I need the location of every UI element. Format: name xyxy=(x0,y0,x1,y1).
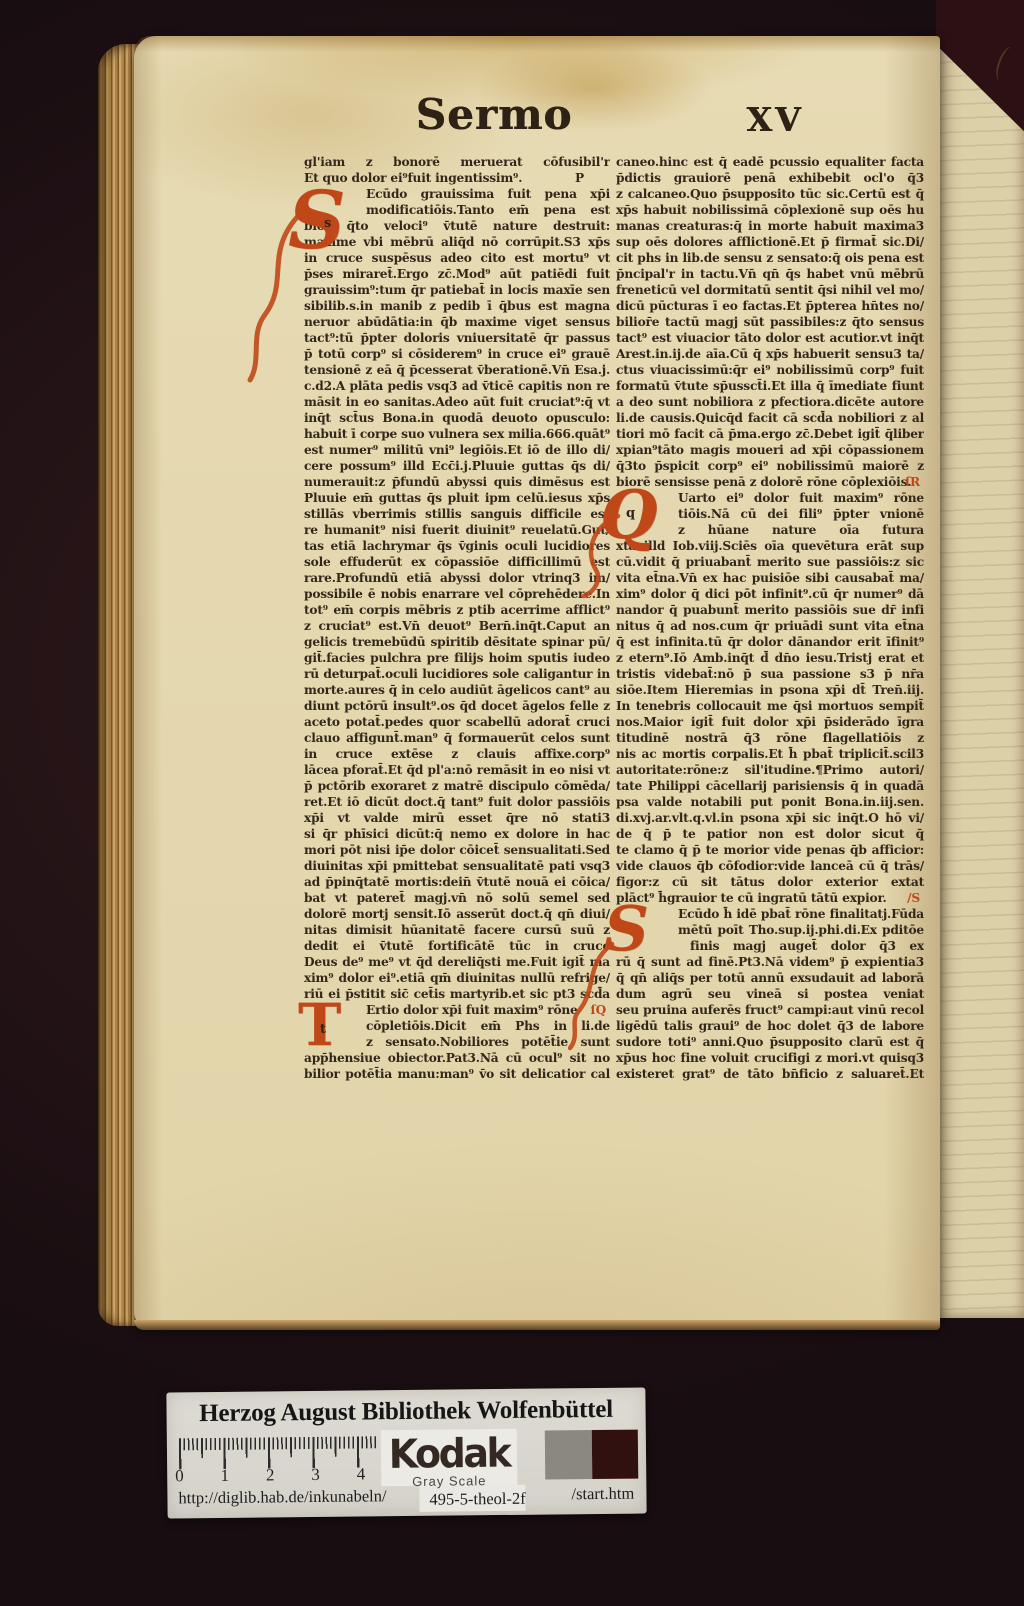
text-line: morte.aures q̄ in celo audiūt āgelicos c… xyxy=(304,682,610,698)
text-line: grauissim⁹:tum q̄r patiebat̄ in locis ma… xyxy=(304,282,610,298)
text-line: Deus de⁹ me⁹ vt q̄d dereliq̄sti me.Fuit … xyxy=(304,954,610,970)
text-line: In tenebris collocauit me q̄si mortuos s… xyxy=(616,698,924,714)
text-line: existeret grat⁹ de tāto bn̄ficio z salua… xyxy=(616,1066,924,1082)
library-name: Herzog August Bibliothek Wolfenbüttel xyxy=(166,1395,645,1428)
text-line: Ertio dolor xp̄i fuit maxim⁹ rōneſQ xyxy=(304,1002,610,1018)
text-line: seu pruina auferēs fruct⁹ campi:aut vinū… xyxy=(616,1002,924,1018)
text-column-left: gl'iam z bonorē meruerat cōfusibil'r per… xyxy=(304,154,610,1084)
text-line: vide clauos q̄b cōfodior:vide lanceā cū … xyxy=(616,858,924,874)
ruler-number: 2 xyxy=(266,1465,275,1485)
text-line: xim⁹ dolor ei⁹.etiā qm̄ diuinitas nullū … xyxy=(304,970,610,986)
text-line: p̄ pctōrib exoraret z matrē discipulo cō… xyxy=(304,778,610,794)
guide-letter: P xyxy=(575,170,584,186)
text-line: freneticū vel dormitatū sentit q̄si nihi… xyxy=(616,282,924,298)
label-start-path: /start.htm xyxy=(571,1484,634,1505)
text-line: possibile ē nobis enarrare vel cōprehēde… xyxy=(304,586,610,602)
text-line: z cruciat⁹ est.Vn̄ deuot⁹ Bern̄.inq̄t.Ca… xyxy=(304,618,610,634)
text-line: neruor abūdātia:in q̄b maxime viget sens… xyxy=(304,314,610,330)
text-line: plāct⁹ h̄grauior te cū ingratū tātū expi… xyxy=(616,890,924,906)
text-line: cere possum⁹ illd Ecc̄i.j.Pluuie guttas … xyxy=(304,458,610,474)
photograph: Sermo XV gl'iam z bonorē meruerat cōfusi… xyxy=(0,0,1024,1606)
text-line: sup oēs dolores afflictionē.Et p̄ firmat… xyxy=(616,234,924,250)
text-line: z sensato.Nobiliores potēt̄ie sunt magj xyxy=(304,1034,610,1050)
text-line: dolorē mortj sensit.Iō asserūt doct.q̄ q… xyxy=(304,906,610,922)
text-line: sibilib.s.in manib z pedib ī q̄bus est m… xyxy=(304,298,610,314)
text-line: q̄3to p̄spicit corp⁹ ei⁹ nobilissimū mai… xyxy=(616,458,924,474)
text-line: re humanit⁹ nisi fuerit diuinit⁹ reuelat… xyxy=(304,522,610,538)
text-line: rū deturpat̄.oculi lucidiores sole calig… xyxy=(304,666,610,682)
text-line: manas creaturas:q̄ in morte habuit maxim… xyxy=(616,218,924,234)
guide-letter: t xyxy=(320,1022,326,1037)
text-line: bior q̄to veloci⁹ v̄tutē nature destruit… xyxy=(304,218,610,234)
text-line: sole effuderūt ex cōpassiōe difficillimū… xyxy=(304,554,610,570)
ruler-number: 3 xyxy=(311,1465,320,1485)
text-line: Ecūdo grauissima fuit pena xp̄i ratione xyxy=(304,186,610,202)
text-line: ligēdū talis graui⁹ de hoc dolet q̄3 de … xyxy=(616,1018,924,1034)
gray-patch xyxy=(545,1430,593,1479)
text-line: Et quo dolor ei⁹fuit ingentissim⁹.P xyxy=(304,170,610,186)
text-line: tiōis.Nā cū dei fili⁹ p̄pter vnionē diuī… xyxy=(616,506,924,522)
text-line: dedit ei v̄tutē fortificātē tūc in cruce… xyxy=(304,938,610,954)
text-line: tact⁹ est viuacior tāto dolor est acutio… xyxy=(616,330,924,346)
guide-letter: s xyxy=(324,216,331,231)
text-line: Ecūdo h̄ idē pbat̄ rōne finalitatj.Fūda xyxy=(616,906,924,922)
text-line: dicū pūcturas ī eo factas.Et p̄pterea hn… xyxy=(616,298,924,314)
text-line: nos.Maior igit̄ fuit dolor xp̄i p̄siderā… xyxy=(616,714,924,730)
text-line: mētū poīt Tho.sup.ij.phi.di.Ex pditōe xyxy=(616,922,924,938)
book-page: Sermo XV gl'iam z bonorē meruerat cōfusi… xyxy=(134,36,940,1328)
text-line: si q̄r phīsici dicūt:q̄ nemo ex dolore i… xyxy=(304,826,610,842)
text-line: cū.vidit q̄ priuabant̄ merito sue passiō… xyxy=(616,554,924,570)
text-column-right: caneo.hinc est q̄ eadē pcussio equaliter… xyxy=(616,154,924,1084)
rubric-guide-letter: /S xyxy=(907,890,920,906)
text-line: ad p̄pinq̄tatē mortis:dein̄ v̄tutē nouā … xyxy=(304,874,610,890)
text-line: caneo.hinc est q̄ eadē pcussio equaliter… xyxy=(616,154,924,170)
text-line: ret.Et iō dicūt doct.q̄ tant⁹ fuit dolor… xyxy=(304,794,610,810)
text-line: xta illd Iob.viij.Sciēs oīa quevētura er… xyxy=(616,538,924,554)
text-line: te clamo q̄ p̄ te morior vide penas q̄b … xyxy=(616,842,924,858)
text-line: riū ei p̄stitit sic̄ cet̄is martyrib.et … xyxy=(304,986,610,1002)
text-line: formatū v̄tute sp̄ussct̄i.Et illa q̄ īme… xyxy=(616,378,924,394)
text-line: habuit ī corpe suo vulnera sex milia.666… xyxy=(304,426,610,442)
text-line: tensionē z eā q̄ p̄cesserat v̄berationē.… xyxy=(304,362,610,378)
text-line: z hūane nature oīa futura p̄nosceret.iu/ xyxy=(616,522,924,538)
text-line: siōe.Item Hieremias in psona xp̄i dt̄ Tr… xyxy=(616,682,924,698)
text-line: xim⁹ dolor q̄ dici pōt infinit⁹.cū q̄r n… xyxy=(616,586,924,602)
text-line: stillās vberrimis stillis sanguis diffic… xyxy=(304,506,610,522)
text-line: gelicis tremebūdū spiritib dēsitate spin… xyxy=(304,634,610,650)
text-line: sudore toti⁹ anni.Quo p̄supposito clarū … xyxy=(616,1034,924,1050)
next-page-edge xyxy=(936,6,1024,1318)
text-line: bat vt pateret̄ magj.vn̄ nō solū semel s… xyxy=(304,890,610,906)
text-line: a deo sunt nobiliora z pfectiora.dicēte … xyxy=(616,394,924,410)
text-line: vita et̄na.Vn̄ ex hac puisiōe sibi causa… xyxy=(616,570,924,586)
text-line: bilior potēt̄ia manu:man⁹ v̄o sit delica… xyxy=(304,1066,610,1082)
text-line: tristis videbat̄:nō p̄ sua passione s3 p… xyxy=(616,666,924,682)
text-line: psa valde notabili put ponit Bona.in.iij… xyxy=(616,794,924,810)
text-line: in cruce extēse z clauis affixe.corp⁹ v̄… xyxy=(304,746,610,762)
text-line: tiori mō facit cā p̄ma.ergo zc̄.Debet ig… xyxy=(616,426,924,442)
text-line: c.d2.A plāta pedis vsq3 ad v̄ticē capiti… xyxy=(304,378,610,394)
text-line: titudinē nostrā q̄3 rōne flagellatiōis z… xyxy=(616,730,924,746)
text-line: tact⁹:tū p̄pter doloris vniuersitatē q̄r… xyxy=(304,330,610,346)
text-line: tas etiā lachrymar q̄s v̄ginis oculi luc… xyxy=(304,538,610,554)
text-line: maxime vbi mēbrū aliq̄d nō corrūpit.S3 x… xyxy=(304,234,610,250)
text-line: modificatiōis.Tanto em̄ pena est acer xyxy=(304,202,610,218)
kodak-logo: Kodak xyxy=(383,1430,515,1478)
text-line: di.xvj.ar.vlt.q.vl.in psona xp̄i sic inq… xyxy=(616,810,924,826)
text-line: Pluuie em̄ guttas q̄s pluit ipm celū.ies… xyxy=(304,490,610,506)
text-line: mori pōt nisi ip̄e dolor cōicet̄ sensual… xyxy=(304,842,610,858)
ruler-numbers: 01234 xyxy=(175,1464,365,1486)
text-line: xp̄s habuit nobilissimā cōplexionē sup o… xyxy=(616,202,924,218)
ruler-number: 1 xyxy=(221,1466,230,1486)
text-line: cit phs in lib.de sensu z sensato:q̄ ois… xyxy=(616,250,924,266)
ruler-number: 0 xyxy=(175,1466,184,1486)
text-line: nis ac mortis corpalis.Et h̄ pbat̄ tripl… xyxy=(616,746,924,762)
text-line: ctus viuacissimū:q̄r ei⁹ nobilissimū cor… xyxy=(616,362,924,378)
text-line: finis magj auget̄ dolor q̄3 ex pditiōe e… xyxy=(616,938,924,954)
text-line: gl'iam z bonorē meruerat cōfusibil'r per… xyxy=(304,154,610,170)
label-url: http://diglib.hab.de/inkunabeln/ xyxy=(178,1486,386,1508)
text-line: z calcaneo.Quo p̄supposito tūc sic.Certū… xyxy=(616,186,924,202)
text-line: p̄ncipal'r in tactu.Vn̄ qn̄ q̄s habet vn… xyxy=(616,266,924,282)
text-line: figor:z cū sit tātus dolor exterior exta… xyxy=(616,874,924,890)
text-line: de q̄ p̄ te patior non est dolor sicut q… xyxy=(616,826,924,842)
text-line: app̄hensiue obiector.Pat3.Nā cū ocul⁹ si… xyxy=(304,1050,610,1066)
text-line: cōpletiōis.Dicit em̄ Phs in li.de sensu xyxy=(304,1018,610,1034)
text-line: dum agrū seu vineā si postea veniat temp… xyxy=(616,986,924,1002)
rubric-flourish xyxy=(246,212,302,384)
text-line: numerauit:z p̄fundū abyssi quis dimēsus … xyxy=(304,474,610,490)
rubric-flourish xyxy=(580,510,624,602)
text-line: aceto potat̄.pedes quor scabellū adorat̄… xyxy=(304,714,610,730)
ruler-number: 4 xyxy=(357,1464,366,1484)
text-line: Uarto ei⁹ dolor fuit maxim⁹ rōne pua/ xyxy=(616,490,924,506)
text-line: diuinitas xp̄i pmittebat sensualitatē pa… xyxy=(304,858,610,874)
text-line: xp̄i vt valde mirū esset q̄re nō stati3 … xyxy=(304,810,610,826)
text-line: p̄ totū corp⁹ si cōsiderem⁹ in cruce ei⁹… xyxy=(304,346,610,362)
text-line: inq̄t sct̄us Bona.in quodā deuoto opuscu… xyxy=(304,410,610,426)
text-line: clauo affigunt̄.man⁹ q̄ formauerūt celos… xyxy=(304,730,610,746)
text-line: z etern⁹.Iō Amb.inq̄t d̄ dn̄o iesu.Trist… xyxy=(616,650,924,666)
text-line: in cruce suspēsus adeo cito est mortu⁹ v… xyxy=(304,250,610,266)
text-line: rū q̄ sunt ad finē.Pt3.Nā videm⁹ p̄ expi… xyxy=(616,954,924,970)
text-line: tot⁹ em̄ corpis mēbris z ptib acerrime a… xyxy=(304,602,610,618)
text-line: rare.Profundū etiā abyssi dolor vtrinq3 … xyxy=(304,570,610,586)
text-line: git̄.facies pulchra pre filijs hoim sput… xyxy=(304,650,610,666)
label-shelfmark: 495-5-theol-2f xyxy=(429,1489,525,1510)
guide-letter: q xyxy=(626,506,635,521)
black-patch xyxy=(592,1430,639,1479)
text-line: p̄dictis grauiorē penā exhibebit ocl'o q… xyxy=(616,170,924,186)
rubric-guide-letter: ſR xyxy=(905,474,920,490)
text-line: nitas dimisit hūanitatē facere cursū suū… xyxy=(304,922,610,938)
text-line: q̄ qn̄ aliq̄s per totū annū exsudauit ad… xyxy=(616,970,924,986)
text-line: māsit in eo sanitas.Adeo aūt fuit crucia… xyxy=(304,394,610,410)
text-line: Arest.in.ij.de aīa.Cū q̄ xp̄s habuerit s… xyxy=(616,346,924,362)
text-line: q̄ est infinita.tū q̄r dolor dānandor er… xyxy=(616,634,924,650)
text-line: lācea pforat̄.Et q̄d pl'a:nō remāsit in … xyxy=(304,762,610,778)
gray-scale-label: Gray Scale xyxy=(383,1473,515,1489)
library-label: Herzog August Bibliothek Wolfenbüttel 01… xyxy=(166,1387,646,1518)
text-line: bilior̄e tactū magj sūt passibiles:z q̄t… xyxy=(616,314,924,330)
text-line: xp̄us hoc fine voluit crucifigi z mori.v… xyxy=(616,1050,924,1066)
text-line: nandor q̄ puabunt̄ merito passiōis sue d… xyxy=(616,602,924,618)
text-line: autoritate:rōne:z sil'itudine.¶Primo aut… xyxy=(616,762,924,778)
text-line: diunt pctōrū insult⁹.os q̄d docet āgelos… xyxy=(304,698,610,714)
text-line: xpian⁹tāto magis moueri ad xp̄i cōpassio… xyxy=(616,442,924,458)
rubric-flourish xyxy=(568,940,618,1052)
text-line: nitus q̄ ad nos.cum q̄r priuādi sunt vit… xyxy=(616,618,924,634)
text-line: tate Philippi cācellarij parisiensis q̄ … xyxy=(616,778,924,794)
text-line: est numer⁹ militū vni⁹ legiōis.Et iō de … xyxy=(304,442,610,458)
text-line: p̄ses miraret̄.Ergo zc̄.Mod⁹ aūt patiēdi… xyxy=(304,266,610,282)
folio-number: XV xyxy=(730,100,820,139)
running-title: Sermo xyxy=(384,90,604,139)
text-line: biorē sensisse penā z dolorē rōne cōplex… xyxy=(616,474,924,490)
text-line: li.de causis.Quicq̄d facit cā scd̄a nobi… xyxy=(616,410,924,426)
